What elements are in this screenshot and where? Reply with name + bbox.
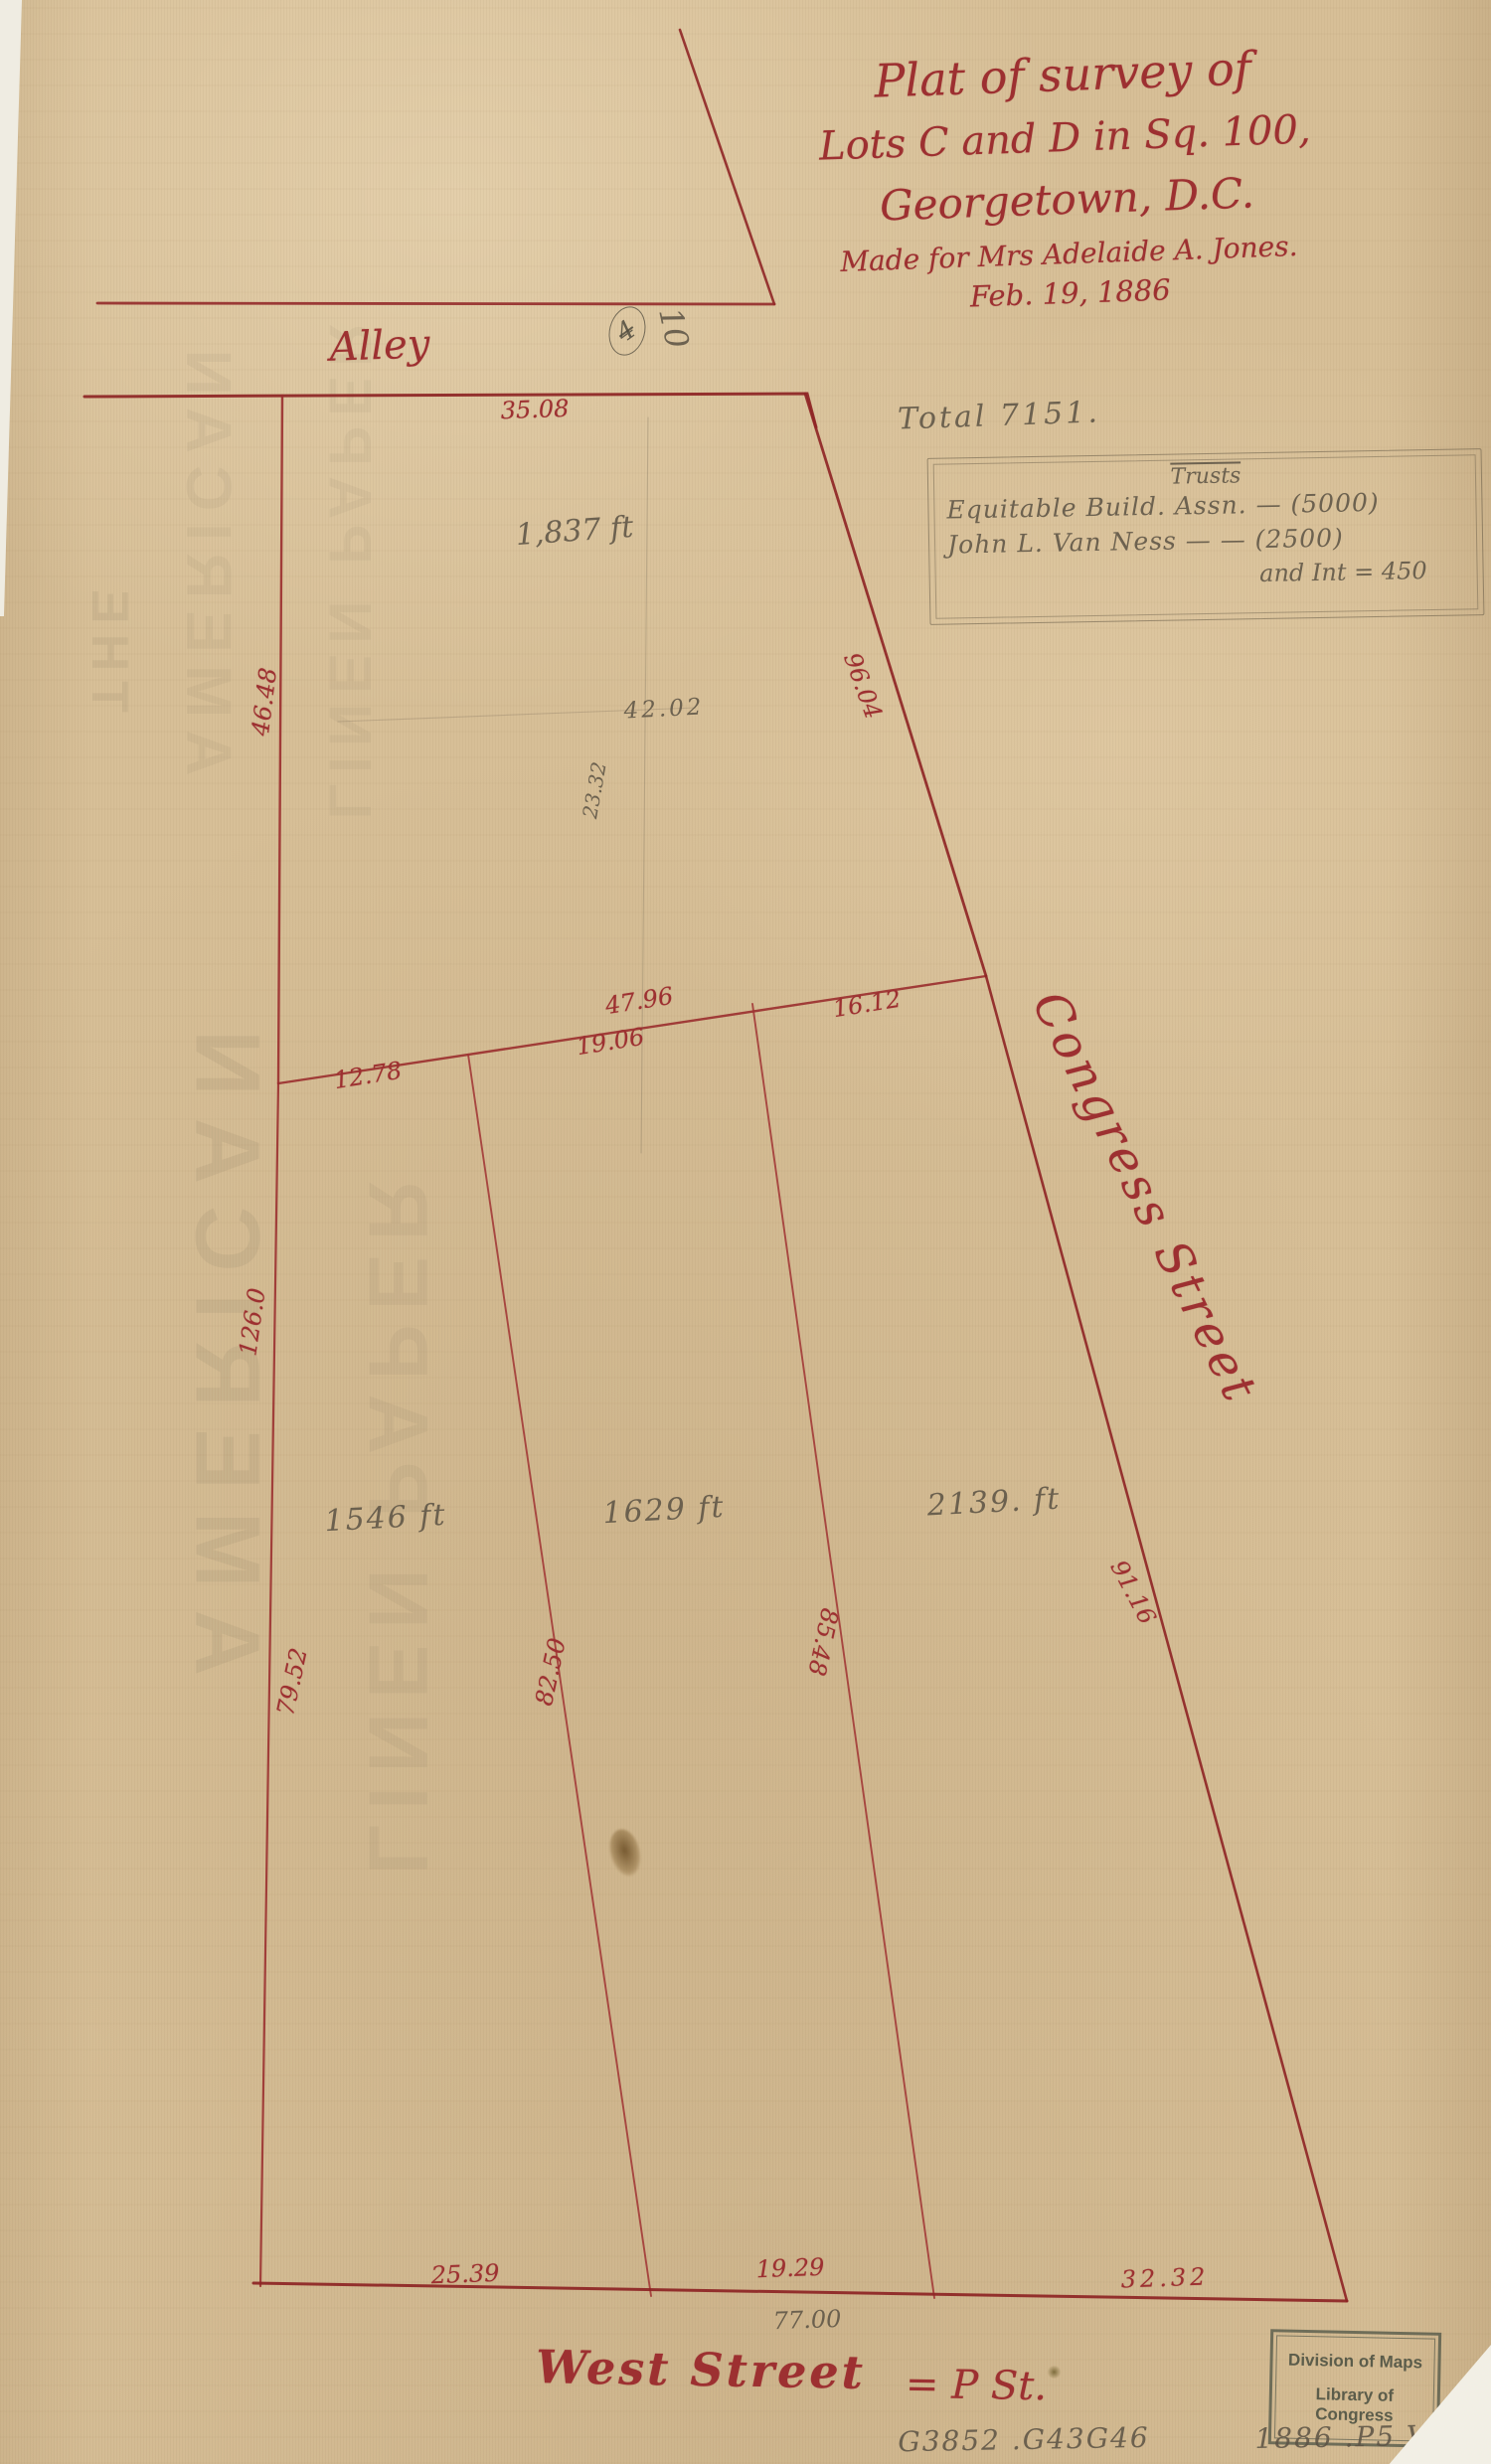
lot-c-west-line [278, 396, 282, 1083]
title-line-3: Georgetown, D.C. [785, 165, 1349, 234]
west-street-label: West Street [536, 2344, 867, 2395]
total-area-note: Total 7151. [898, 398, 1101, 434]
trusts-note-box: Trusts Equitable Build. Assn. — (5000) J… [927, 448, 1485, 625]
trust-entry-interest: and Int = 450 [947, 556, 1466, 592]
parcel-divider-2-line [752, 1004, 934, 2298]
stamp-line-1: Division of Maps [1280, 2350, 1429, 2373]
small-stain [1047, 2366, 1062, 2379]
alley-street-label: Alley [329, 324, 430, 367]
congress-street-lower-line [986, 976, 1347, 2301]
plat-number-note: 10 [654, 305, 694, 351]
title-block: Plat of survey of Lots C and D in Sq. 10… [780, 38, 1352, 334]
title-line-2: Lots C and D in Sq. 100, [783, 105, 1347, 171]
northeast-diagonal-line [680, 30, 774, 304]
circled-plat-number: 4 [611, 315, 642, 349]
area-lot-c: 1,837 ft [515, 513, 634, 551]
west-side-line [260, 1083, 278, 2286]
call-number-classification: G3852 .G43G46 [898, 2424, 1150, 2456]
area-parcel3: 2139. ft [926, 1484, 1062, 1521]
alley-north-line [97, 303, 774, 304]
area-parcel2: 1629 ft [602, 1493, 726, 1529]
survey-line-drawing [0, 0, 1491, 2464]
trust-entry-van-ness: John L. Van Ness — — (2500) [947, 521, 1466, 559]
measurement-west-st-seg2-total: 77.00 [772, 2307, 842, 2333]
area-lot-c-note1: 42.02 [623, 696, 705, 723]
alley-south-line [84, 394, 816, 427]
west-street-equals-p-st-label: = P St. [906, 2365, 1048, 2406]
trusts-note-inner-border: Trusts Equitable Build. Assn. — (5000) J… [933, 454, 1479, 619]
measurement-west-st-seg3: 32.32 [1120, 2264, 1210, 2291]
measurement-west-st-seg1: 25.39 [430, 2261, 500, 2287]
plat-of-survey-sheet: THE AMERICAN LINEN PAPER AMERICAN LINEN … [0, 0, 1491, 2464]
area-parcel1: 1546 ft [324, 1501, 447, 1537]
measurement-alley-frontage: 35.08 [500, 397, 570, 422]
measurement-west-st-seg2: 19.29 [755, 2255, 825, 2281]
